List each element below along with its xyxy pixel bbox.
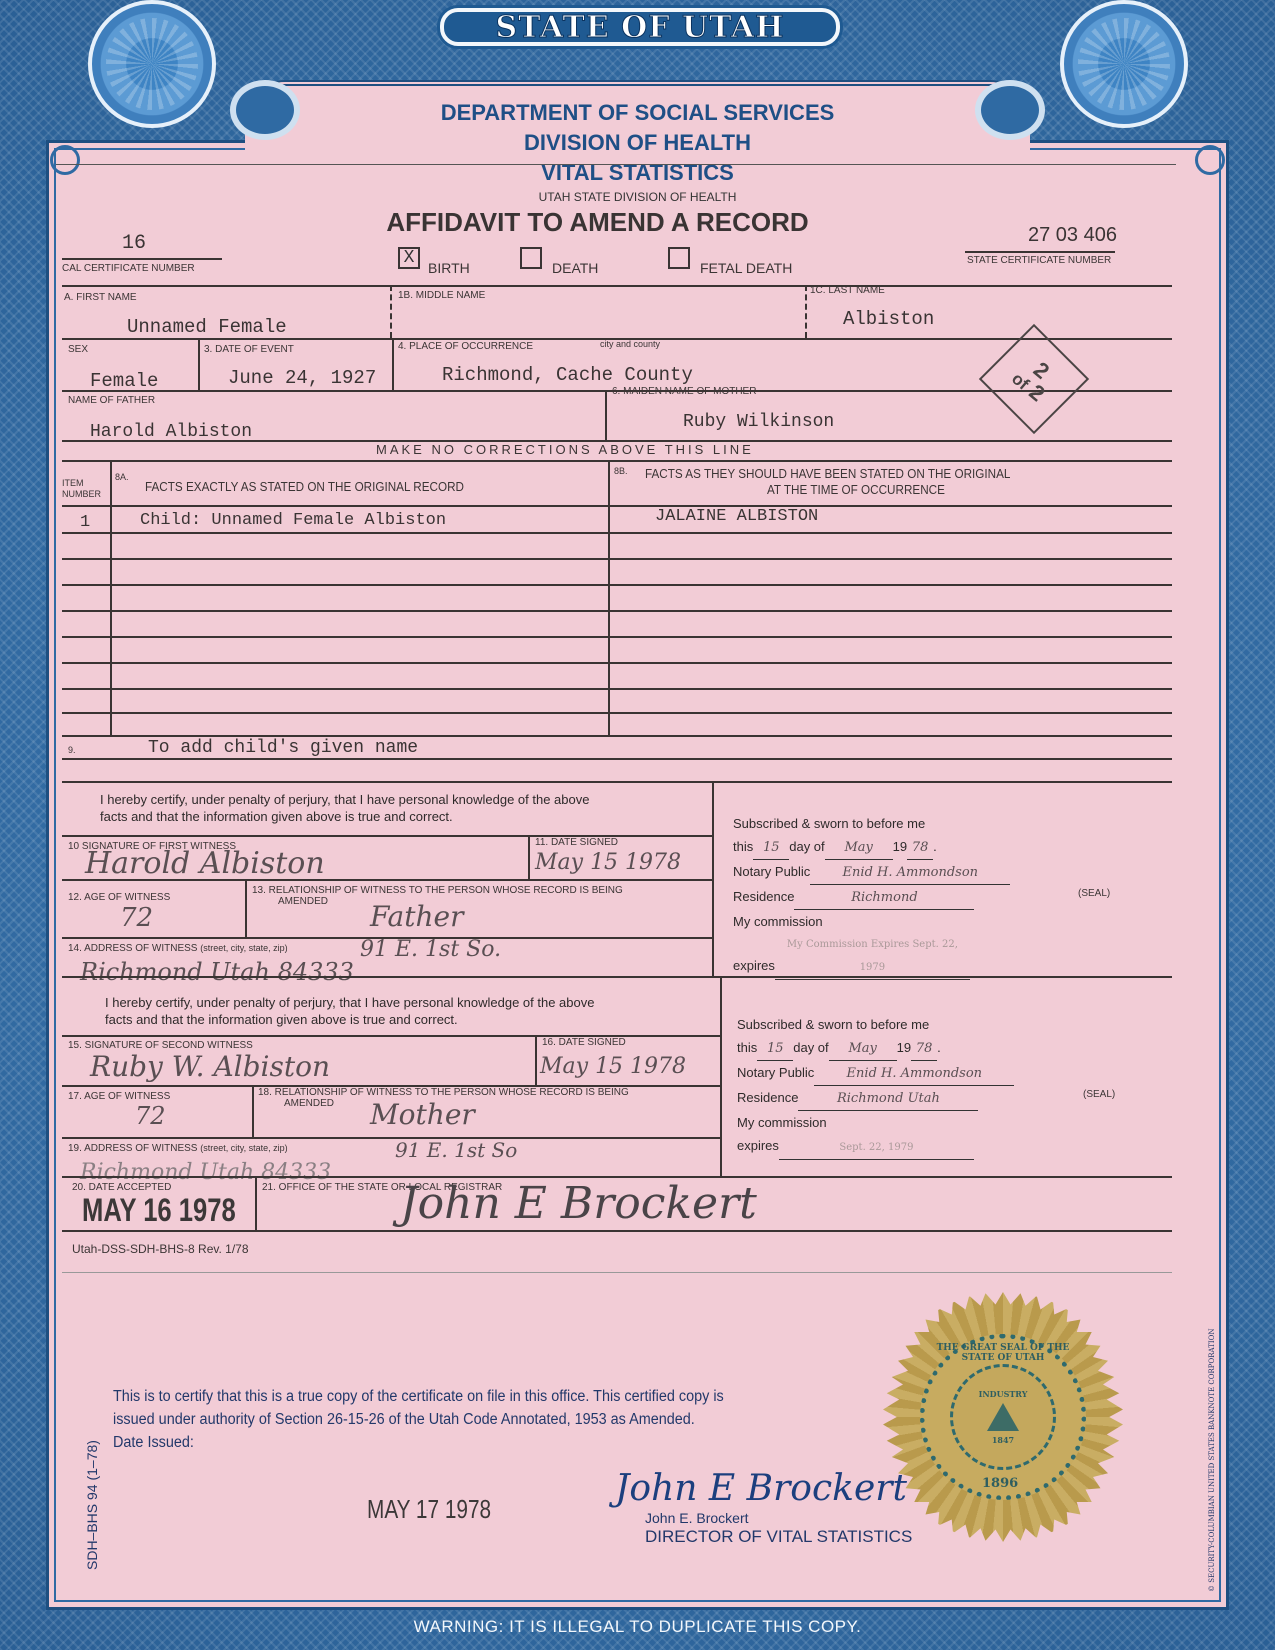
rule	[110, 460, 112, 735]
rule	[62, 258, 222, 260]
rule	[62, 735, 1172, 737]
death-checkbox[interactable]	[520, 247, 542, 269]
side-form-code: SDH–BHS 94 (1–78)	[84, 1440, 100, 1570]
rule	[62, 636, 1172, 638]
witness1-date-label: 11. DATE SIGNED	[535, 837, 618, 848]
rule	[62, 662, 1172, 664]
rule	[198, 338, 200, 390]
notary1-seal-label: (SEAL)	[1078, 888, 1110, 899]
printer-mark: © SECURITY-COLUMBIAN UNITED STATES BANKN…	[1208, 1329, 1216, 1592]
witness2-age-label: 17. AGE OF WITNESS	[68, 1091, 170, 1102]
rule	[528, 835, 530, 879]
death-label: DEATH	[552, 260, 598, 276]
local-cert-label: CAL CERTIFICATE NUMBER	[62, 263, 195, 274]
seal-ring-text: THE GREAT SEAL OF THE STATE OF UTAH	[936, 1343, 1070, 1363]
father-name-label: NAME OF FATHER	[68, 395, 155, 406]
item-col-label: ITEMNUMBER	[62, 478, 101, 500]
witness1-age-label: 12. AGE OF WITNESS	[68, 892, 170, 903]
rule	[712, 781, 714, 976]
reason-value: To add child's given name	[148, 738, 418, 758]
witness1-signature: Harold Albiston	[85, 846, 325, 881]
date-of-event-label: 3. DATE OF EVENT	[204, 344, 294, 355]
rule	[608, 460, 610, 735]
state-cert-number: 27 03 406	[1028, 224, 1117, 247]
state-banner: STATE OF UTAH	[440, 8, 840, 46]
certify-text-1: I hereby certify, under penalty of perju…	[100, 791, 589, 825]
rule	[965, 251, 1115, 253]
rule	[805, 285, 807, 338]
seal-year-inner: 1847	[992, 1435, 1014, 1445]
reason-num: 9.	[68, 745, 76, 755]
local-cert-number: 16	[122, 232, 146, 255]
notary-block-2: Subscribed & sworn to before me this15da…	[737, 1013, 1057, 1160]
rule	[62, 1137, 720, 1139]
first-name-label: a. FIRST NAME	[64, 292, 137, 303]
last-name-value: Albiston	[843, 308, 934, 330]
director-title: DIRECTOR OF VITAL STATISTICS	[645, 1527, 912, 1547]
fetal-death-label: FETAL DEATH	[700, 260, 792, 276]
rule	[535, 1035, 537, 1085]
header-division: DIVISION OF HEALTH	[0, 130, 1275, 156]
first-name-value: Unnamed Female	[127, 316, 287, 338]
correction-item-number: 1	[80, 513, 90, 532]
col-8b-label-1: FACTS AS THEY SHOULD HAVE BEEN STATED ON…	[645, 466, 1010, 481]
place-sublabel: city and county	[600, 339, 660, 349]
date-accepted-stamp: MAY 16 1978	[82, 1192, 236, 1229]
director-signature: John E Brockert	[615, 1468, 907, 1509]
rule	[62, 712, 1172, 714]
birth-label: BIRTH	[428, 260, 470, 276]
beehive-icon	[987, 1403, 1019, 1431]
rule	[62, 781, 1172, 783]
notary2-seal-label: (SEAL)	[1083, 1089, 1115, 1100]
form-code: Utah-DSS-SDH-BHS-8 Rev. 1/78	[72, 1242, 249, 1256]
rule	[62, 758, 1172, 760]
rule	[62, 1230, 1172, 1232]
last-name-label: 1c. LAST NAME	[810, 285, 885, 296]
rule	[62, 610, 1172, 612]
witness1-address-city: Richmond Utah 84333	[80, 958, 354, 986]
place-label: 4. PLACE OF OCCURRENCE	[398, 341, 533, 352]
seal-motto: INDUSTRY	[979, 1389, 1028, 1399]
header-department: DEPARTMENT OF SOCIAL SERVICES	[0, 100, 1275, 126]
rule	[62, 285, 1172, 287]
witness2-date: May 15 1978	[540, 1054, 686, 1079]
header-rule	[56, 164, 1176, 165]
sex-label: SEX	[68, 344, 88, 355]
rule	[62, 532, 1172, 534]
rule	[255, 1176, 257, 1230]
registrar-signature: John E Brockert	[400, 1178, 757, 1229]
no-corrections-notice: MAKE NO CORRECTIONS ABOVE THIS LINE	[376, 442, 754, 457]
rule	[62, 688, 1172, 690]
notary-block-1: Subscribed & sworn to before me this15da…	[733, 812, 1053, 980]
col-8b-num: 8b.	[614, 466, 628, 476]
col-8b-label-2: AT THE TIME OF OCCURRENCE	[767, 482, 945, 497]
birth-checkbox[interactable]: X	[398, 247, 420, 269]
rule	[252, 1085, 254, 1137]
rule	[390, 285, 392, 338]
mother-name-value: Ruby Wilkinson	[683, 412, 834, 432]
col-8a-num: 8a.	[115, 472, 129, 482]
certify-text-2: I hereby certify, under penalty of perju…	[105, 994, 594, 1028]
footer-warning: WARNING: IT IS ILLEGAL TO DUPLICATE THIS…	[0, 1617, 1275, 1637]
seal-core: INDUSTRY 1847	[950, 1364, 1056, 1470]
father-name-value: Harold Albiston	[90, 422, 252, 442]
witness1-age: 72	[120, 903, 153, 933]
col-8a-label: FACTS EXACTLY AS STATED ON THE ORIGINAL …	[145, 479, 464, 494]
witness1-relationship: Father	[370, 900, 463, 933]
fetal-death-checkbox[interactable]	[668, 247, 690, 269]
date-of-event-value: June 24, 1927	[228, 367, 376, 389]
rule	[720, 976, 722, 1176]
rule	[62, 505, 1172, 507]
rule	[245, 879, 247, 937]
rule	[392, 338, 394, 390]
correction-corrected: JALAINE ALBISTON	[655, 507, 818, 526]
rule	[62, 1272, 1172, 1273]
middle-name-label: 1b. MIDDLE NAME	[398, 290, 485, 301]
mother-name-label: 6. MAIDEN NAME OF MOTHER	[612, 386, 756, 397]
stamp-total: 2	[1024, 379, 1049, 406]
seal-year-outer: 1896	[982, 1476, 1018, 1491]
witness2-relationship: Mother	[370, 1098, 475, 1131]
witness2-address-street: 91 E. 1st So	[395, 1138, 517, 1162]
stamp-of: of	[1008, 369, 1033, 394]
state-cert-label: STATE CERTIFICATE NUMBER	[967, 255, 1111, 266]
sex-value: Female	[90, 370, 158, 392]
place-value: Richmond, Cache County	[442, 364, 693, 386]
witness1-address-street: 91 E. 1st So.	[360, 937, 501, 962]
rule	[62, 460, 1172, 462]
witness2-address-label: 19. ADDRESS OF WITNESS (street, city, st…	[68, 1143, 288, 1154]
rule	[62, 879, 712, 881]
banner-title: STATE OF UTAH	[496, 10, 785, 45]
witness1-date: May 15 1978	[535, 850, 681, 875]
witness2-signature: Ruby W. Albiston	[90, 1050, 330, 1083]
witness2-age: 72	[135, 1102, 166, 1130]
rule	[62, 584, 1172, 586]
certification-text: This is to certify that this is a true c…	[113, 1385, 724, 1454]
date-issued-stamp: MAY 17 1978	[367, 1494, 491, 1525]
witness1-address-label: 14. ADDRESS OF WITNESS (street, city, st…	[68, 943, 288, 954]
director-name: John E. Brockert	[645, 1510, 749, 1526]
correction-original: Child: Unnamed Female Albiston	[140, 511, 446, 530]
header-subtitle: UTAH STATE DIVISION OF HEALTH	[0, 190, 1275, 204]
witness2-date-label: 16. DATE SIGNED	[542, 1037, 626, 1048]
rule	[62, 558, 1172, 560]
rule	[605, 390, 607, 440]
